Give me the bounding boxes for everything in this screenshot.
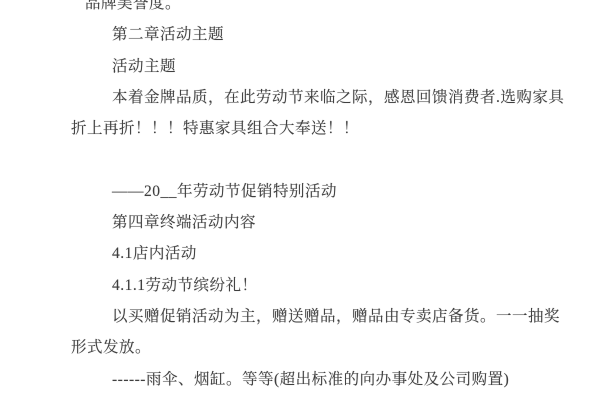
text-line: ------雨伞、烟缸。等等(超出标准的向办事处及公司购置) — [112, 364, 600, 395]
text-line-chapter-heading: 第四章终端活动内容 — [112, 207, 600, 238]
text-line: 形式发放。 — [71, 332, 600, 363]
text-line: 本着金牌品质，在此劳动节来临之际，感恩回馈消费者.选购家具 — [112, 82, 600, 113]
text-line-section-heading: 4.1店内活动 — [112, 238, 600, 269]
document-page: 品牌美誉度。 第二章活动主题 活动主题 本着金牌品质，在此劳动节来临之际，感恩回… — [0, 0, 600, 400]
document-text-block: 品牌美誉度。 第二章活动主题 活动主题 本着金牌品质，在此劳动节来临之际，感恩回… — [0, 0, 600, 395]
text-line-chapter-heading: 第二章活动主题 — [112, 19, 600, 50]
text-line-subsection-heading: 4.1.1劳动节缤纷礼！ — [112, 270, 600, 301]
text-line-title: ——20__年劳动节促销特别活动 — [112, 176, 600, 207]
text-line-subheading: 活动主题 — [112, 51, 600, 82]
text-line: 折上再折！！！特惠家具组合大奉送！！ — [71, 113, 600, 144]
blank-line — [0, 144, 600, 175]
text-line: 品牌美誉度。 — [85, 0, 600, 19]
text-line: 以买赠促销活动为主，赠送赠品，赠品由专卖店备货。一一抽奖 — [112, 301, 600, 332]
